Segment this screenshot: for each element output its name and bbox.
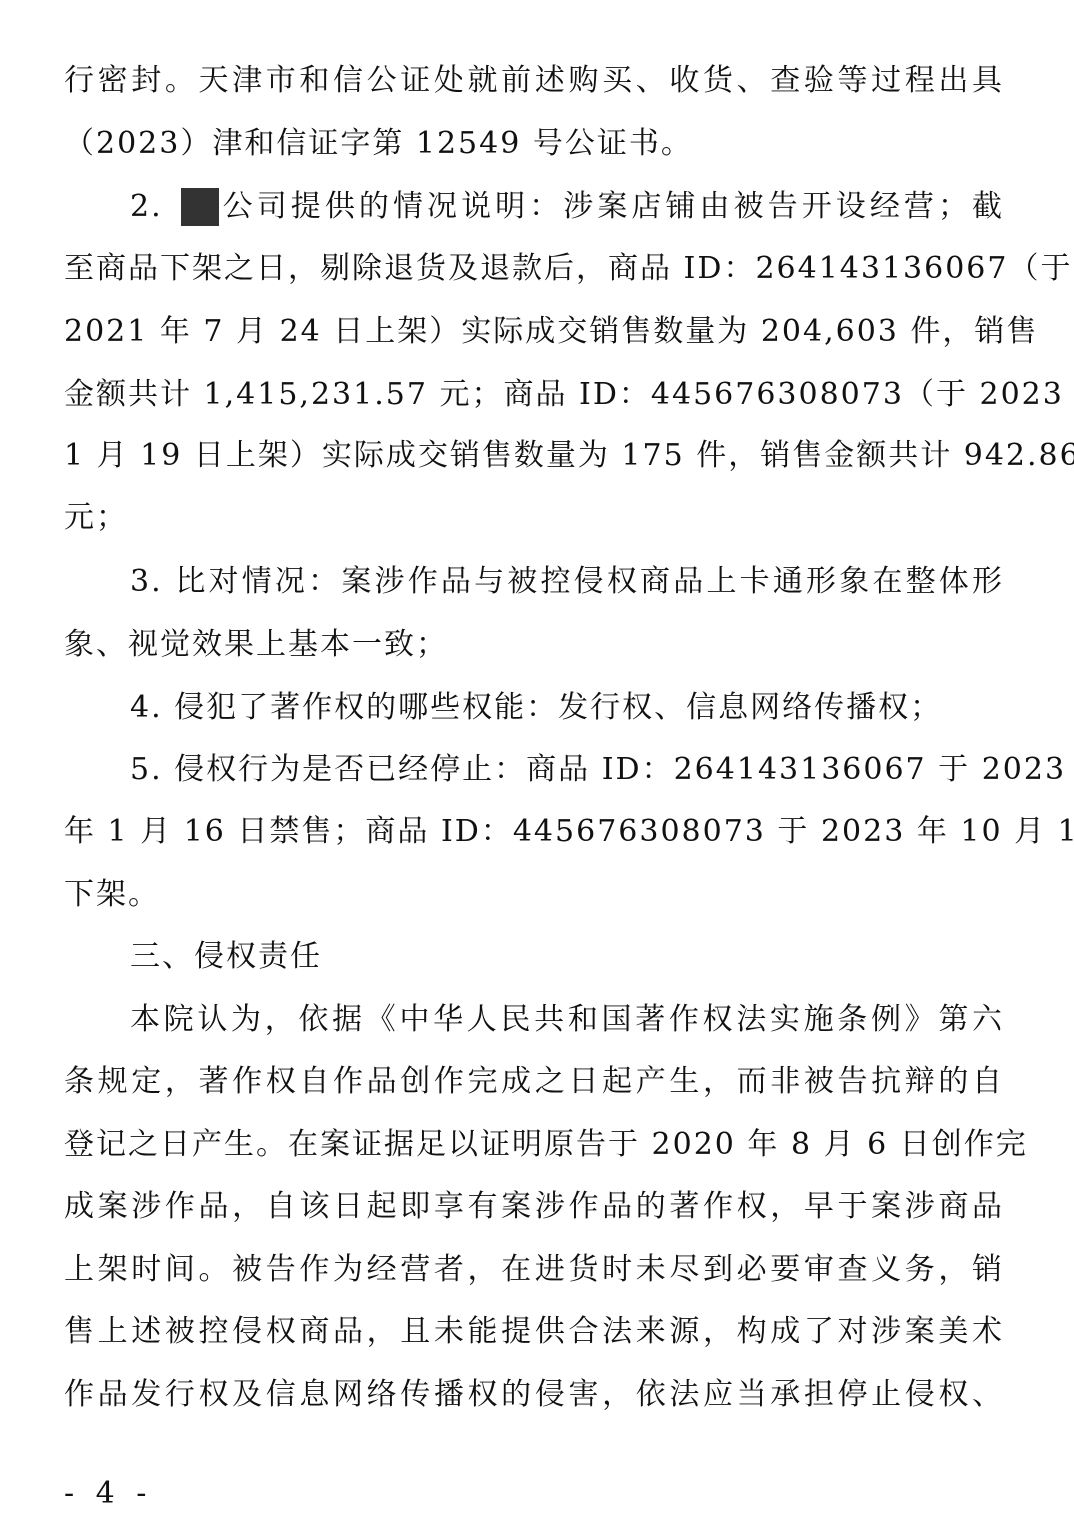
text-line: 2021 年 7 月 24 日上架）实际成交销售数量为 204,603 件，销售 bbox=[64, 312, 1004, 352]
text-line: 售上述被控侵权商品，且未能提供合法来源，构成了对涉案美术 bbox=[64, 1312, 1004, 1352]
section-heading: 三、侵权责任 bbox=[130, 937, 1004, 977]
text-line: 1 月 19 日上架）实际成交销售数量为 175 件，销售金额共计 942.86 bbox=[64, 436, 1004, 476]
text-line: 年 1 月 16 日禁售；商品 ID：445676308073 于 2023 年… bbox=[64, 812, 1004, 852]
text-segment: 公司提供的情况说明：涉案店铺由被告开设经营；截 bbox=[221, 189, 1004, 224]
text-line: 成案涉作品，自该日起即享有案涉作品的著作权，早于案涉商品 bbox=[64, 1187, 1004, 1227]
item-3-line: 3. 比对情况：案涉作品与被控侵权商品上卡通形象在整体形 bbox=[130, 562, 1004, 602]
page-number: - 4 - bbox=[64, 1474, 152, 1514]
text-line: 象、视觉效果上基本一致； bbox=[64, 625, 1004, 665]
item-4-line: 4. 侵犯了著作权的哪些权能：发行权、信息网络传播权； bbox=[130, 688, 1004, 728]
text-line: 下架。 bbox=[64, 875, 1004, 915]
text-line: 行密封。天津市和信公证处就前述购买、收货、查验等过程出具 bbox=[64, 61, 1004, 101]
paragraph-line: 本院认为，依据《中华人民共和国著作权法实施条例》第六 bbox=[130, 1000, 1004, 1040]
text-line: 条规定，著作权自作品创作完成之日起产生，而非被告抗辩的自 bbox=[64, 1062, 1004, 1102]
item-2-line: 2.公司提供的情况说明：涉案店铺由被告开设经营；截 bbox=[130, 187, 1004, 227]
item-5-line: 5. 侵权行为是否已经停止：商品 ID：264143136067 于 2023 bbox=[130, 750, 1004, 790]
text-line: 上架时间。被告作为经营者，在进货时未尽到必要审查义务，销 bbox=[64, 1250, 1004, 1290]
text-line: 至商品下架之日，剔除退货及退款后，商品 ID：264143136067（于 bbox=[64, 249, 1004, 289]
text-line: 元； bbox=[64, 498, 1004, 538]
text-line: 金额共计 1,415,231.57 元；商品 ID：445676308073（于… bbox=[64, 375, 1004, 415]
document-page: 行密封。天津市和信公证处就前述购买、收货、查验等过程出具 （2023）津和信证字… bbox=[0, 0, 1074, 1519]
text-line: （2023）津和信证字第 12549 号公证书。 bbox=[64, 124, 1004, 164]
text-line: 作品发行权及信息网络传播权的侵害，依法应当承担停止侵权、 bbox=[64, 1375, 1004, 1415]
text-line: 登记之日产生。在案证据足以证明原告于 2020 年 8 月 6 日创作完 bbox=[64, 1125, 1004, 1165]
item-number: 2. bbox=[130, 189, 163, 224]
redaction-block bbox=[181, 188, 219, 226]
